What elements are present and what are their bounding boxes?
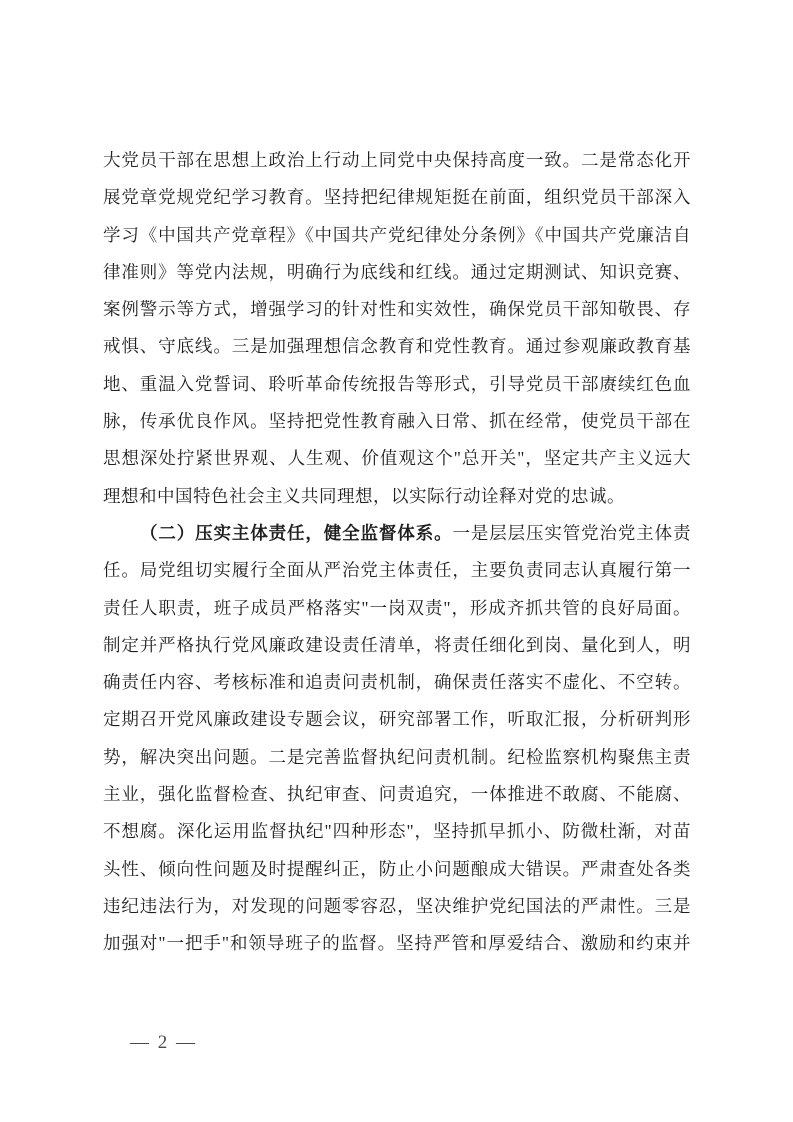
body-text: 责任人职责，班子成员严格落实"一岗双责"，形成齐抓共管的良好局面。 (103, 598, 691, 618)
text-line: 理想和中国特色社会主义共同理想，以实际行动诠释对党的忠诚。 (103, 478, 691, 515)
body-text: 大党员干部在思想上政治上行动上同党中央保持高度一致。二是常态化开 (103, 150, 691, 170)
text-line: 学习《中国共产党章程》《中国共产党纪律处分条例》《中国共产党廉洁自 (103, 217, 691, 254)
text-line: （二）压实主体责任，健全监督体系。一是层层压实管党治党主体责 (103, 515, 691, 552)
text-line: 大党员干部在思想上政治上行动上同党中央保持高度一致。二是常态化开 (103, 142, 691, 179)
text-line: 违纪违法行为，对发现的问题零容忍，坚决维护党纪国法的严肃性。三是 (103, 888, 691, 925)
text-line: 律准则》等党内法规，明确行为底线和红线。通过定期测试、知识竞赛、 (103, 254, 691, 291)
body-text: 主业，强化监督检查、执纪审查、问责追究，一体推进不敢腐、不能腐、 (103, 784, 691, 804)
text-line: 加强对"一把手"和领导班子的监督。坚持严管和厚爱结合、激励和约束并 (103, 925, 691, 962)
text-line: 展党章党规党纪学习教育。坚持把纪律规矩挺在前面，组织党员干部深入 (103, 179, 691, 216)
body-text: 加强对"一把手"和领导班子的监督。坚持严管和厚爱结合、激励和约束并 (103, 933, 691, 953)
body-text: 展党章党规党纪学习教育。坚持把纪律规矩挺在前面，组织党员干部深入 (103, 187, 691, 207)
text-line: 主业，强化监督检查、执纪审查、问责追究，一体推进不敢腐、不能腐、 (103, 776, 691, 813)
body-text: 案例警示等方式，增强学习的针对性和实效性，确保党员干部知敬畏、存 (103, 299, 691, 319)
body-text: 制定并严格执行党风廉政建设责任清单，将责任细化到岗、量化到人，明 (103, 635, 691, 655)
body-text: 确责任内容、考核标准和追责问责机制，确保责任落实不虚化、不空转。 (103, 672, 691, 692)
body-text: 戒惧、守底线。三是加强理想信念教育和党性教育。通过参观廉政教育基 (103, 336, 691, 356)
body-text: 学习《中国共产党章程》《中国共产党纪律处分条例》《中国共产党廉洁自 (103, 225, 691, 245)
text-line: 制定并严格执行党风廉政建设责任清单，将责任细化到岗、量化到人，明 (103, 627, 691, 664)
section-heading-text: （二）压实主体责任，健全监督体系。 (140, 523, 452, 543)
body-text: 思想深处拧紧世界观、人生观、价值观这个"总开关"，坚定共产主义远大 (103, 448, 691, 468)
text-line: 戒惧、守底线。三是加强理想信念教育和党性教育。通过参观廉政教育基 (103, 328, 691, 365)
document-body: 大党员干部在思想上政治上行动上同党中央保持高度一致。二是常态化开展党章党规党纪学… (103, 142, 691, 963)
body-text: 违纪违法行为，对发现的问题零容忍，坚决维护党纪国法的严肃性。三是 (103, 896, 691, 916)
page-number: — 2 — (130, 1031, 197, 1055)
body-text: 不想腐。深化运用监督执纪"四种形态"，坚持抓早抓小、防微杜渐，对苗 (103, 821, 691, 841)
body-text: 地、重温入党誓词、聆听革命传统报告等形式，引导党员干部赓续红色血 (103, 374, 691, 394)
text-line: 确责任内容、考核标准和追责问责机制，确保责任落实不虚化、不空转。 (103, 664, 691, 701)
text-line: 任。局党组切实履行全面从严治党主体责任，主要负责同志认真履行第一 (103, 552, 691, 589)
text-line: 定期召开党风廉政建设专题会议，研究部署工作，听取汇报，分析研判形 (103, 701, 691, 738)
body-text: 任。局党组切实履行全面从严治党主体责任，主要负责同志认真履行第一 (103, 560, 691, 580)
document-page: 大党员干部在思想上政治上行动上同党中央保持高度一致。二是常态化开展党章党规党纪学… (0, 0, 793, 1122)
body-text: 一是层层压实管党治党主体责 (452, 523, 691, 543)
body-text: 势，解决突出问题。二是完善监督执纪问责机制。纪检监察机构聚焦主责 (103, 747, 691, 767)
text-line: 地、重温入党誓词、聆听革命传统报告等形式，引导党员干部赓续红色血 (103, 366, 691, 403)
body-text: 头性、倾向性问题及时提醒纠正，防止小问题酿成大错误。严肃查处各类 (103, 859, 691, 879)
text-line: 不想腐。深化运用监督执纪"四种形态"，坚持抓早抓小、防微杜渐，对苗 (103, 813, 691, 850)
text-line: 势，解决突出问题。二是完善监督执纪问责机制。纪检监察机构聚焦主责 (103, 739, 691, 776)
text-line: 头性、倾向性问题及时提醒纠正，防止小问题酿成大错误。严肃查处各类 (103, 851, 691, 888)
body-text: 理想和中国特色社会主义共同理想，以实际行动诠释对党的忠诚。 (103, 486, 625, 506)
text-line: 案例警示等方式，增强学习的针对性和实效性，确保党员干部知敬畏、存 (103, 291, 691, 328)
text-line: 脉，传承优良作风。坚持把党性教育融入日常、抓在经常，使党员干部在 (103, 403, 691, 440)
text-line: 责任人职责，班子成员严格落实"一岗双责"，形成齐抓共管的良好局面。 (103, 590, 691, 627)
body-text: 律准则》等党内法规，明确行为底线和红线。通过定期测试、知识竞赛、 (103, 262, 691, 282)
body-text: 脉，传承优良作风。坚持把党性教育融入日常、抓在经常，使党员干部在 (103, 411, 691, 431)
text-line: 思想深处拧紧世界观、人生观、价值观这个"总开关"，坚定共产主义远大 (103, 440, 691, 477)
body-text: 定期召开党风廉政建设专题会议，研究部署工作，听取汇报，分析研判形 (103, 709, 691, 729)
